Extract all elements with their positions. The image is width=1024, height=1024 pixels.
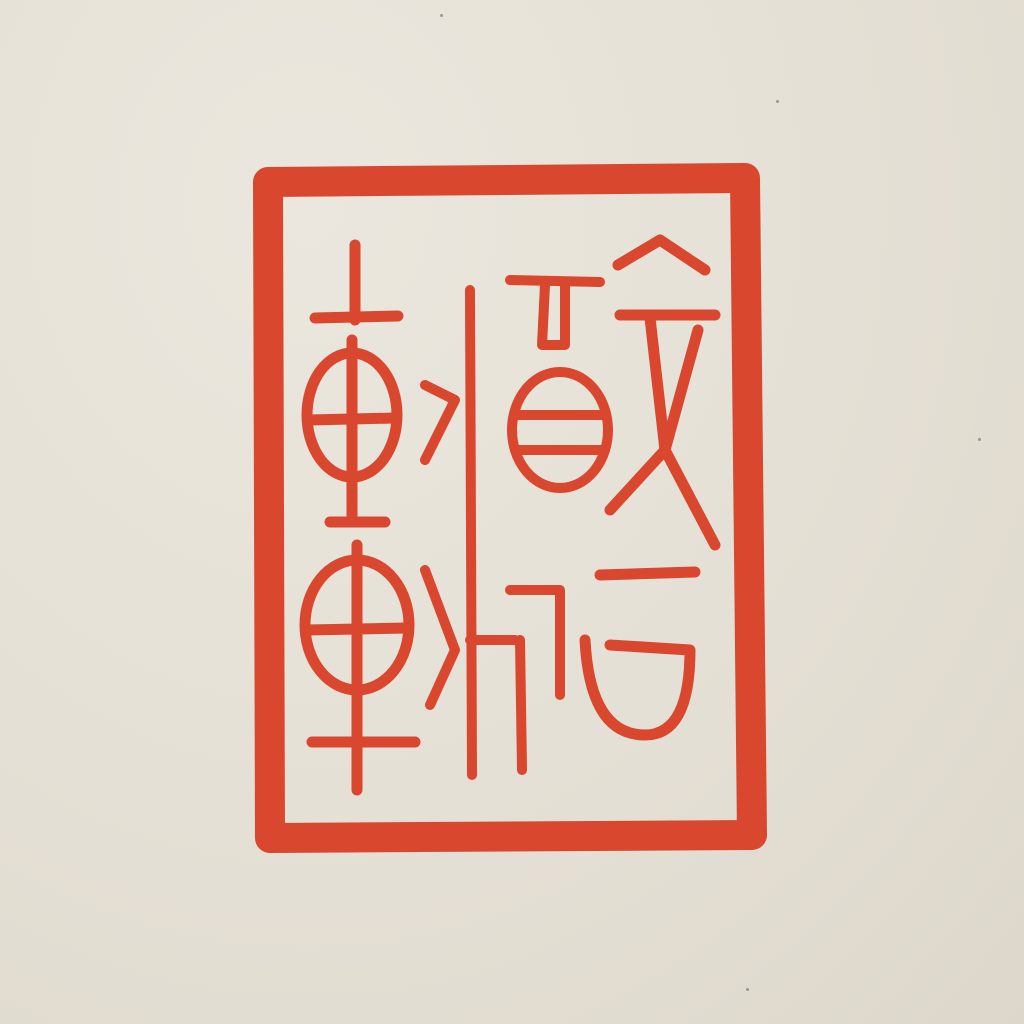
seal-impression <box>0 0 1024 1024</box>
seal-char-left <box>305 245 415 790</box>
seal-char-middle <box>425 280 608 775</box>
seal-char-right <box>585 240 715 735</box>
